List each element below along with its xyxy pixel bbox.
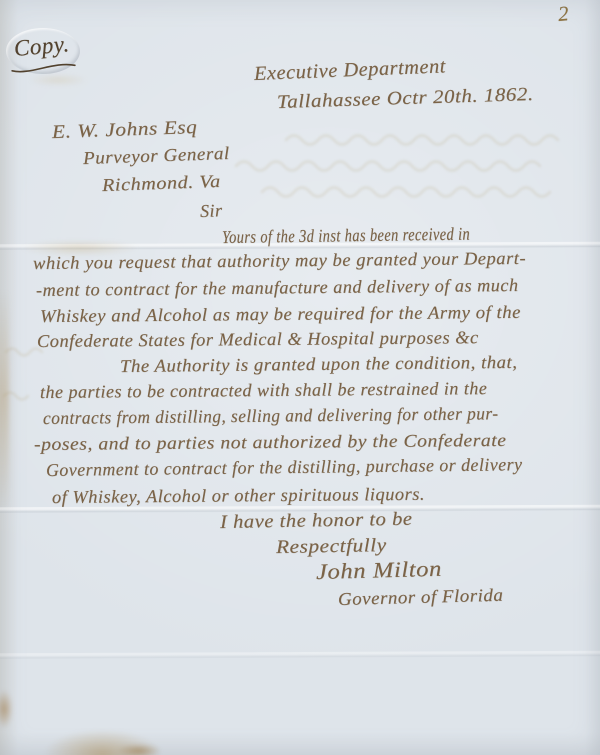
salutation: Sir [200,200,223,222]
body-line-9: -poses, and to parties not authorized by… [34,430,507,455]
recipient-location: Richmond. Va [102,171,221,196]
body-line-4: Whiskey and Alcohol as may be required f… [40,302,521,327]
signature: John Milton [316,556,443,585]
page-number: 2 [557,1,570,27]
valediction-line-2: Respectfully [276,535,387,559]
body-line-1: Yours of the 3d inst has been received i… [222,224,470,248]
signer-title: Governor of Florida [338,585,504,610]
letter-page: 2 Copy. Executive Department Tallahassee… [0,0,600,755]
body-line-11: of Whiskey, Alcohol or other spirituous … [52,484,425,508]
body-line-5: Confederate States for Medical & Hospita… [37,327,479,352]
copy-label: Copy. [13,31,71,62]
body-line-7: the parties to be contracted with shall … [40,378,487,403]
valediction-line-1: I have the honor to be [220,509,413,534]
body-line-6: The Authority is granted upon the condit… [120,352,518,377]
